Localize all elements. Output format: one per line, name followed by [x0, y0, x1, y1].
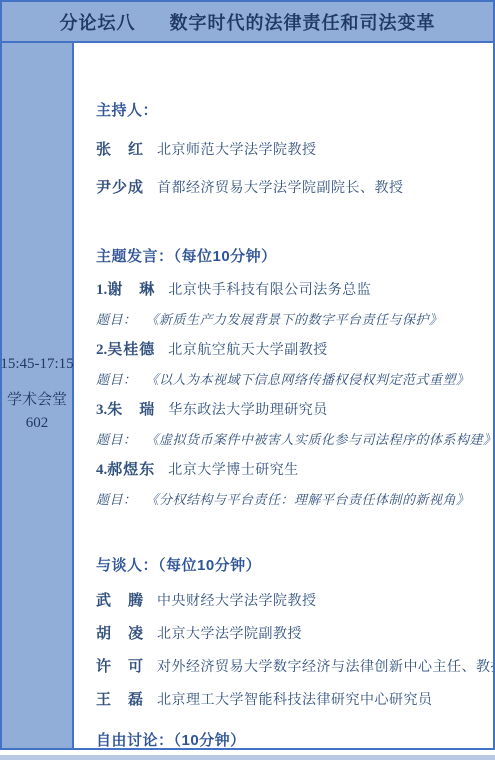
keynote-section-heading: 主题发言：（每位10分钟）: [96, 245, 489, 266]
speaker-number: 2.: [96, 342, 107, 359]
keynote-speaker: 2.吴桂德 北京航空航天大学副教授: [96, 338, 489, 359]
person-affiliation: 北京理工大学智能科技法律研究中心研究员: [157, 689, 433, 709]
session-content-cell: 主持人： 张 红 北京师范大学法学院教授 尹少成 首都经济贸易大学法学院副院长、…: [74, 43, 493, 748]
speaker-number: 1.: [96, 282, 107, 299]
keynote-speaker: 4.郝煜东 北京大学博士研究生: [96, 458, 489, 479]
discussant-person: 武 腾 中央财经大学法学院教授: [96, 589, 489, 610]
keynote-speaker: 1.谢 琳 北京快手科技有限公司法务总监: [96, 278, 489, 299]
session-time: 15:45-17:15: [0, 356, 73, 373]
host-person: 张 红 北京师范大学法学院教授: [96, 138, 489, 159]
person-affiliation: 首都经济贸易大学法学院副院长、教授: [157, 177, 404, 197]
host-person: 尹少成 首都经济贸易大学法学院副院长、教授: [96, 176, 489, 197]
person-name: 许 可: [96, 655, 144, 676]
speaker-number: 3.: [96, 402, 107, 419]
discussant-person: 许 可 对外经济贸易大学数字经济与法律创新中心主任、教授: [96, 655, 489, 676]
keynote-title: 题目： 《分权结构与平台责任：理解平台责任体制的新视角》: [96, 489, 489, 508]
person-affiliation: 对外经济贸易大学数字经济与法律创新中心主任、教授: [157, 656, 493, 676]
venue-room: 602: [7, 412, 67, 435]
free-discussion-heading: 自由讨论：（10分钟）: [96, 729, 489, 748]
paper-title: 《虚拟货币案件中被害人实质化参与司法程序的体系构建》: [146, 429, 493, 448]
keynote-title: 题目： 《虚拟货币案件中被害人实质化参与司法程序的体系构建》: [96, 429, 489, 448]
person-name: 吴桂德: [107, 338, 155, 359]
discussant-person: 王 磊 北京理工大学智能科技法律研究中心研究员: [96, 688, 489, 709]
session-table: 分论坛八 数字时代的法律责任和司法变革 15:45-17:15 学术会堂 602…: [0, 0, 495, 750]
person-name: 郝煜东: [107, 458, 155, 479]
host-section-heading: 主持人：: [96, 99, 489, 120]
paper-title: 《分权结构与平台责任：理解平台责任体制的新视角》: [146, 489, 470, 508]
title-label: 题目：: [96, 429, 137, 448]
person-affiliation: 华东政法大学助理研究员: [168, 399, 328, 419]
discussant-person: 胡 凌 北京大学法学院副教授: [96, 622, 489, 643]
person-affiliation: 北京快手科技有限公司法务总监: [168, 279, 371, 299]
forum-number: 分论坛八: [60, 9, 136, 35]
person-name: 胡 凌: [96, 622, 144, 643]
discussants-section-heading: 与谈人：（每位10分钟）: [96, 554, 489, 575]
person-name: 张 红: [96, 138, 144, 159]
session-body: 15:45-17:15 学术会堂 602 主持人： 张 红 北京师范大学法学院教…: [2, 43, 493, 748]
keynote-title: 题目： 《以人为本视域下信息网络传播权侵权判定范式重塑》: [96, 369, 489, 388]
person-affiliation: 北京大学博士研究生: [168, 459, 299, 479]
person-name: 朱 瑞: [107, 398, 155, 419]
forum-header: 分论坛八 数字时代的法律责任和司法变革: [2, 2, 493, 43]
session-info-cell: 15:45-17:15 学术会堂 602: [2, 43, 74, 748]
forum-title: 数字时代的法律责任和司法变革: [170, 9, 436, 35]
person-affiliation: 北京航空航天大学副教授: [168, 339, 328, 359]
title-label: 题目：: [96, 489, 137, 508]
person-affiliation: 北京大学法学院副教授: [157, 623, 302, 643]
keynote-speaker: 3.朱 瑞 华东政法大学助理研究员: [96, 398, 489, 419]
next-row-edge-strip: [0, 755, 495, 760]
session-venue: 学术会堂 602: [7, 389, 67, 435]
speaker-number: 4.: [96, 462, 107, 479]
person-name: 武 腾: [96, 589, 144, 610]
title-label: 题目：: [96, 309, 137, 328]
person-affiliation: 中央财经大学法学院教授: [157, 590, 317, 610]
person-affiliation: 北京师范大学法学院教授: [157, 139, 317, 159]
person-name: 尹少成: [96, 176, 144, 197]
keynote-title: 题目： 《新质生产力发展背景下的数字平台责任与保护》: [96, 309, 489, 328]
title-label: 题目：: [96, 369, 137, 388]
venue-name: 学术会堂: [7, 389, 67, 412]
paper-title: 《以人为本视域下信息网络传播权侵权判定范式重塑》: [146, 369, 470, 388]
person-name: 王 磊: [96, 688, 144, 709]
paper-title: 《新质生产力发展背景下的数字平台责任与保护》: [146, 309, 443, 328]
person-name: 谢 琳: [107, 278, 155, 299]
